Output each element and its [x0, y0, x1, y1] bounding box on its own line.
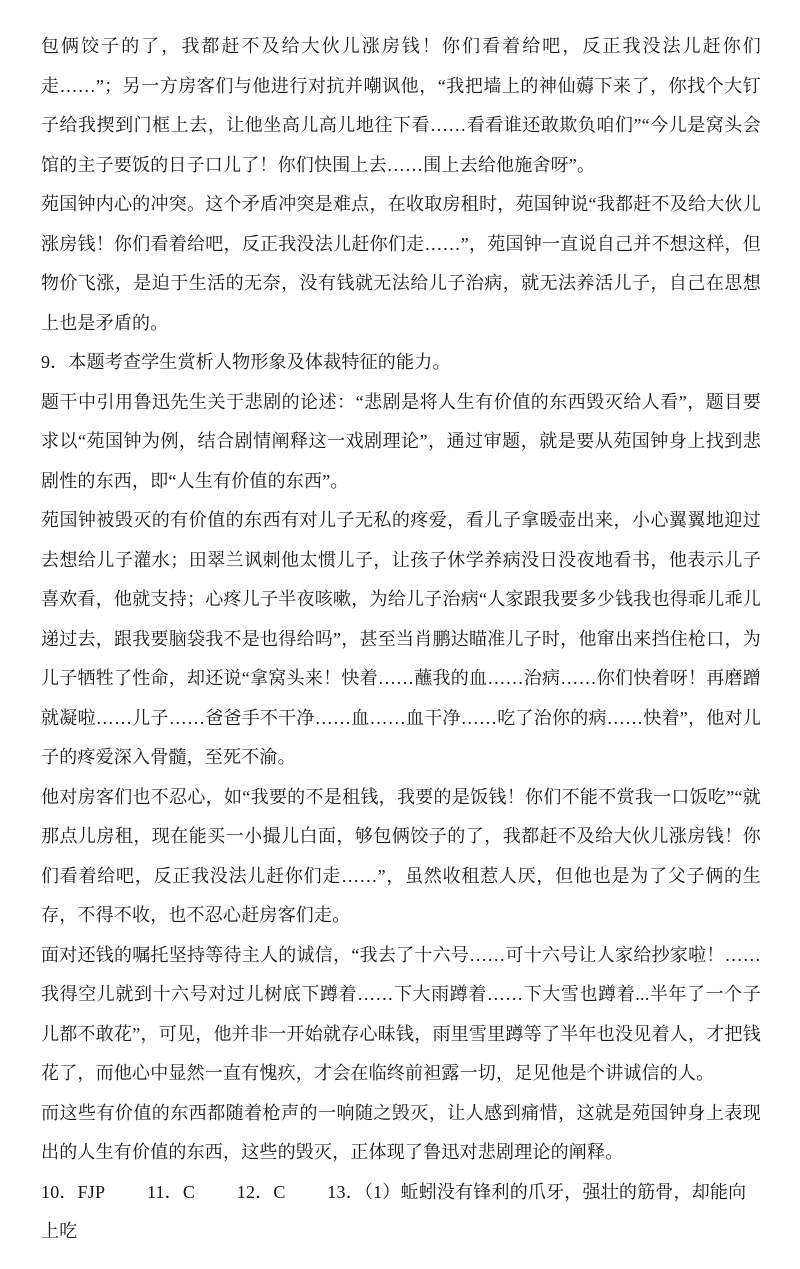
tenants-mercy-analysis-paragraph: 他对房客们也不忍心，如“我要的不是租钱，我要的是饭钱！你们不能不赏我一口饭吃”“…: [41, 778, 761, 936]
honesty-analysis-paragraph: 面对还钱的嘱托坚持等待主人的诚信，“我去了十六号……可十六号让人家给抄家啦！………: [41, 936, 761, 1094]
answer-11: 11．C: [147, 1182, 195, 1202]
conclusion-paragraph: 而这些有价值的东西都随着枪声的一响随之毁灭，让人感到痛惜，这就是苑国钟身上表现出…: [41, 1094, 761, 1173]
tragedy-theory-intro-paragraph: 题干中引用鲁迅先生关于悲剧的论述：“悲剧是将人生有价值的东西毁灭给人看”，题目要…: [41, 383, 761, 502]
father-love-analysis-paragraph: 苑国钟被毁灭的有价值的东西有对儿子无私的疼爱，看儿子拿暖壶出来，小心翼翼地迎过去…: [41, 501, 761, 778]
answer-quote-continuation-paragraph: 包俩饺子的了，我都赶不及给大伙儿涨房钱！你们看着给吧，反正我没法儿赶你们走……”…: [41, 27, 761, 185]
document-page: 包俩饺子的了，我都赶不及给大伙儿涨房钱！你们看着给吧，反正我没法儿赶你们走……”…: [0, 0, 800, 1269]
answer-10: 10．FJP: [41, 1182, 105, 1202]
answer-12: 12．C: [237, 1182, 286, 1202]
answers-line: 10．FJP 11．C 12．C 13．（1）蚯蚓没有锋利的爪牙，强壮的筋骨，却…: [41, 1173, 761, 1252]
question-9-answer-heading: 9．本题考查学生赏析人物形象及体裁特征的能力。: [41, 343, 761, 383]
inner-conflict-analysis-paragraph: 苑国钟内心的冲突。这个矛盾冲突是难点，在收取房租时，苑国钟说“我都赶不及给大伙儿…: [41, 185, 761, 343]
